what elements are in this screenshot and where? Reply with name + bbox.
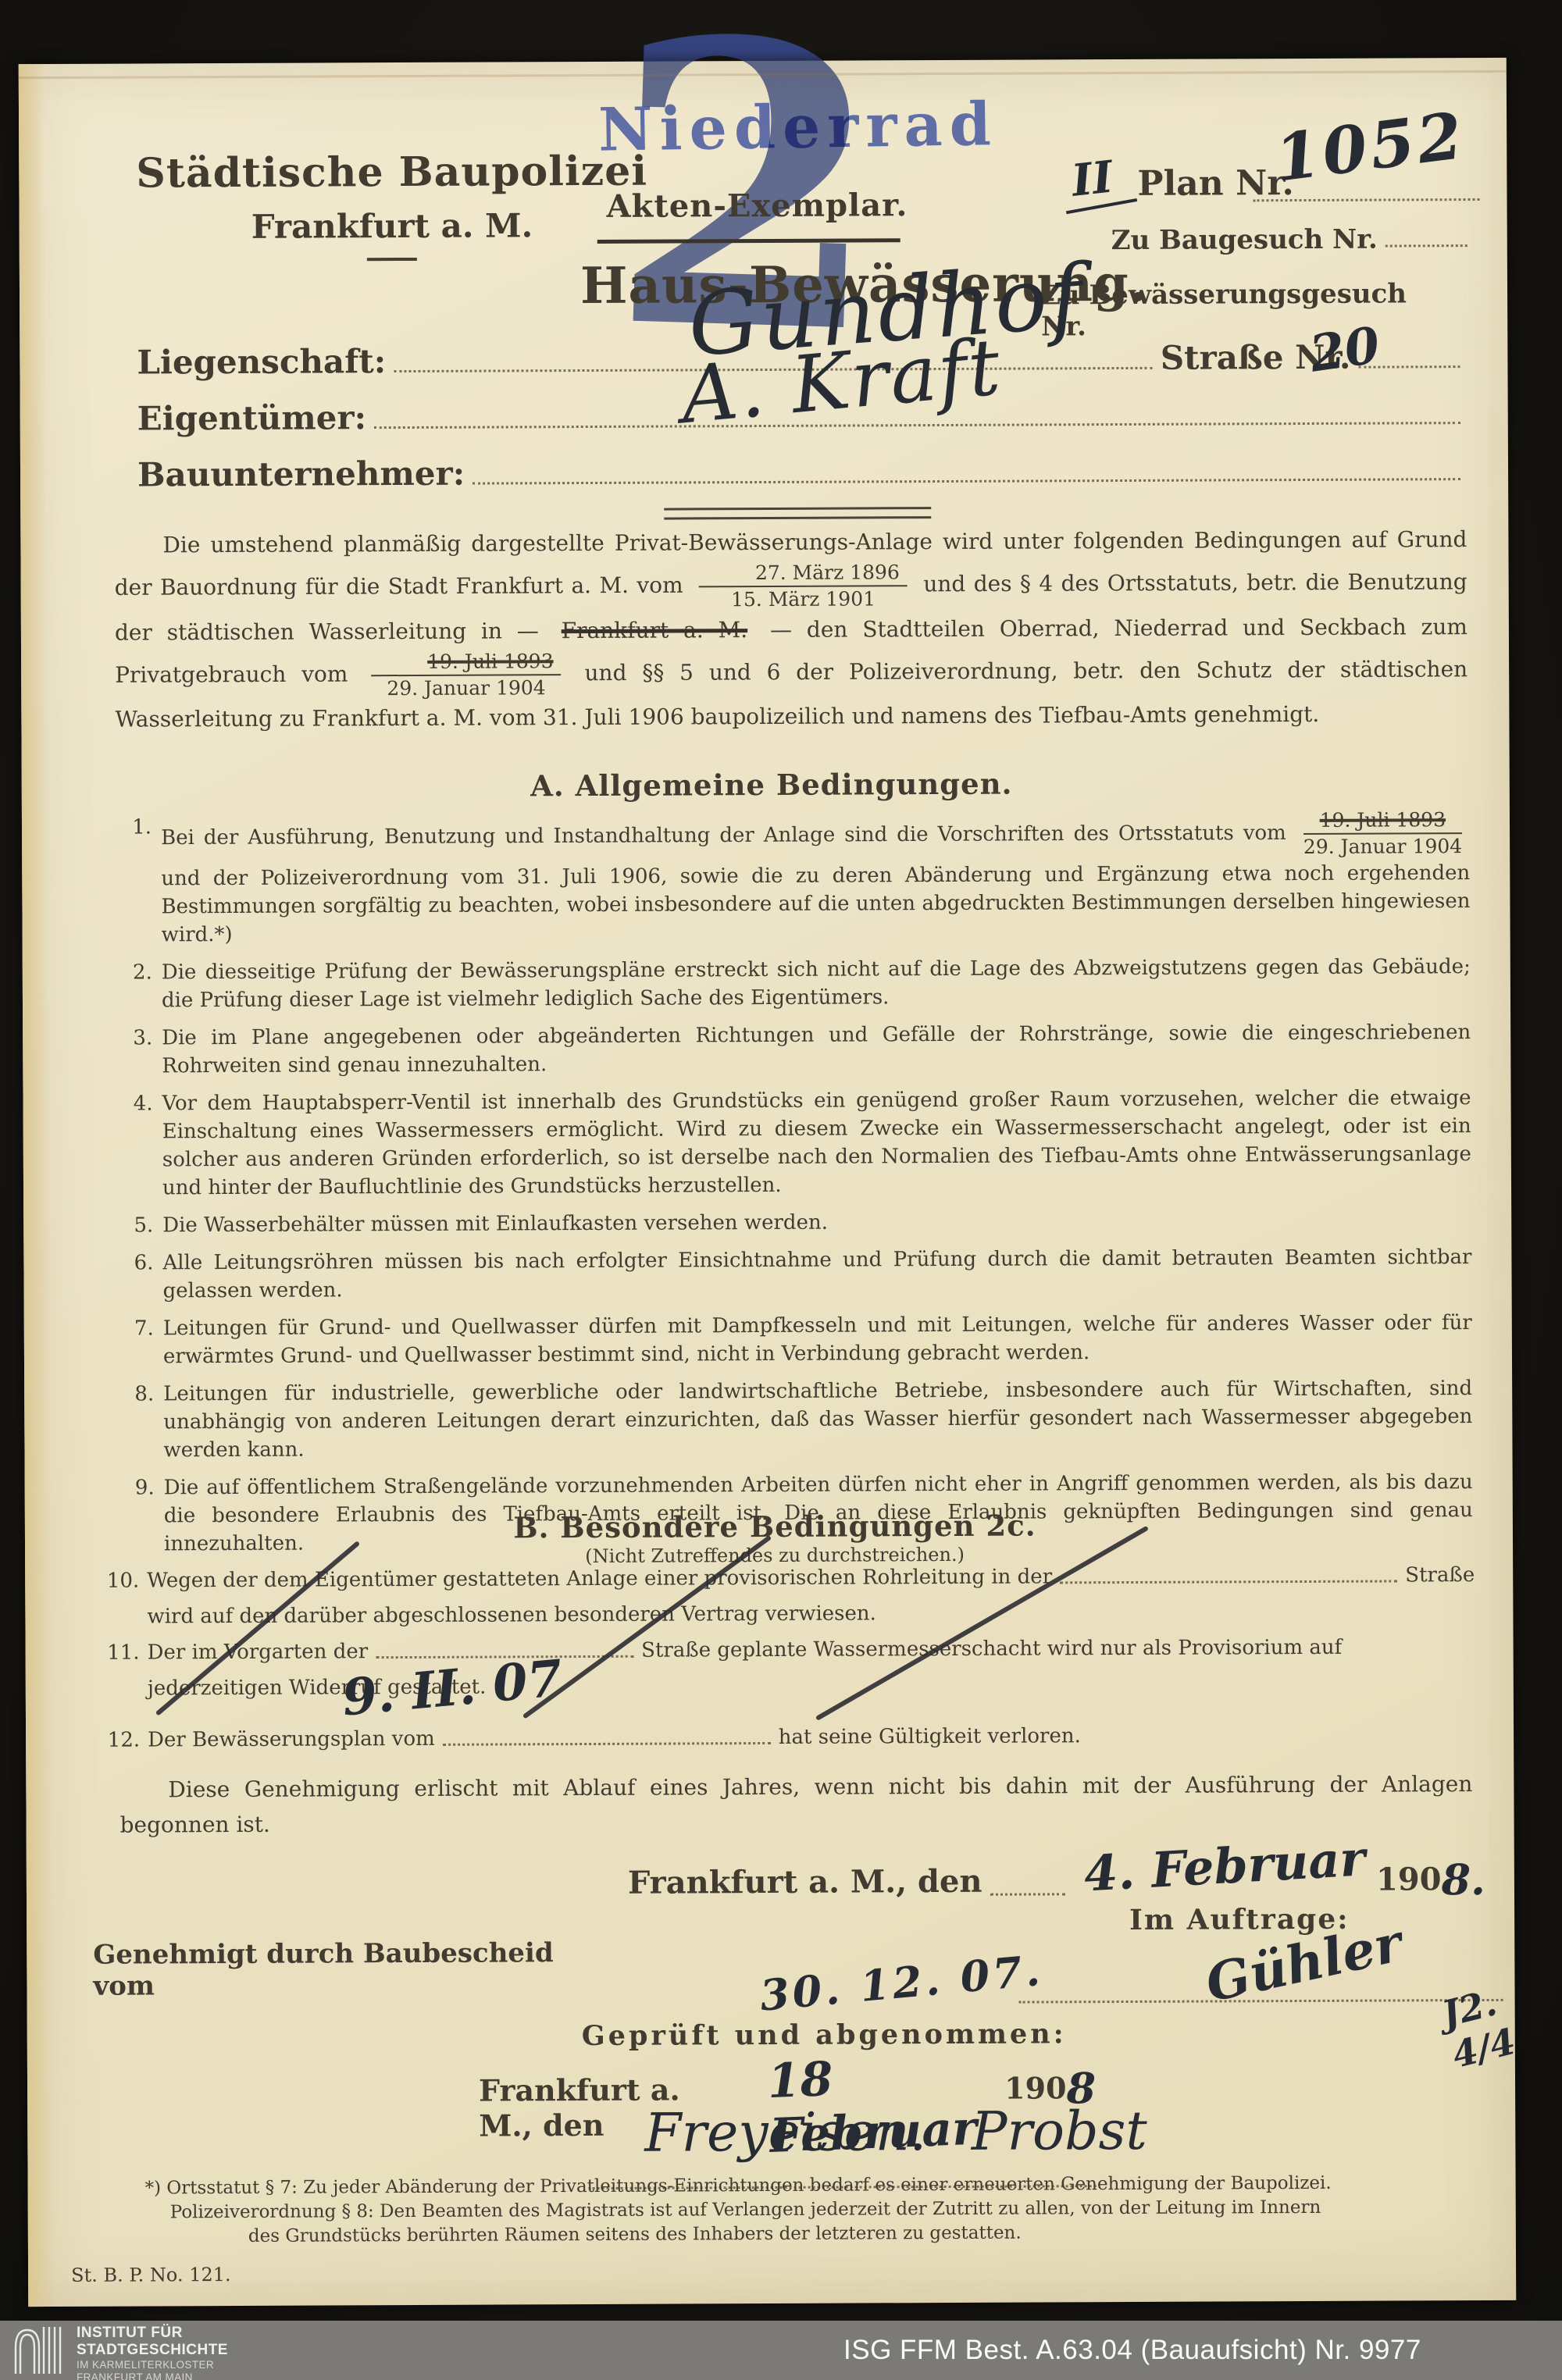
liegenschaft-label: Liegenschaft: bbox=[137, 342, 386, 381]
item-number: 1. bbox=[116, 813, 152, 949]
signature-probst-handwritten: Probst bbox=[972, 2100, 1147, 2163]
section-a-list: 1. Bei der Ausführung, Benutzung und Ins… bbox=[116, 807, 1473, 1567]
list-item: 3.Die im Plane angegebenen oder abgeände… bbox=[116, 1018, 1471, 1081]
list-item: 10. Wegen der dem Eigentümer gestatteten… bbox=[95, 1560, 1475, 1596]
baugesuch-dotted-line bbox=[1385, 241, 1467, 247]
item12-after: hat seine Gültigkeit verloren. bbox=[779, 1721, 1081, 1752]
plan-number-dotted-line bbox=[1254, 198, 1480, 201]
office-name: Städtische Baupolizei bbox=[136, 148, 647, 198]
fraction-bottom: 29. Januar 1904 bbox=[387, 676, 545, 700]
institute-line4: FRANKFURT AM MAIN bbox=[77, 2371, 228, 2380]
inspector-signatures: Freyeisen. Probst bbox=[644, 2100, 1147, 2164]
fraction-bottom: 15. März 1901 bbox=[731, 588, 876, 611]
item11-mid: Straße geplante Wassermesserschacht wird… bbox=[641, 1633, 1342, 1666]
item-number: 10. bbox=[95, 1566, 139, 1596]
bewaesserungsgesuch-row: Zu Bewässerungsgesuch Nr. bbox=[1041, 278, 1475, 342]
archive-reference: ISG FFM Best. A.63.04 (Bauaufsicht) Nr. … bbox=[843, 2335, 1421, 2366]
list-item: 2.Die diesseitige Prüfung der Bewässerun… bbox=[116, 953, 1471, 1015]
plan-date-handwritten: 9. II. 07 bbox=[341, 1664, 564, 1714]
year-digit-handwritten: 8. bbox=[1441, 1854, 1485, 1904]
date-fraction-bauordnung: 27. März 189615. März 1901 bbox=[699, 560, 908, 612]
item-text: Die diesseitige Prüfung der Bewässerungs… bbox=[162, 953, 1471, 1014]
item10-before: Wegen der dem Eigentümer gestatteten Anl… bbox=[147, 1562, 1052, 1595]
plan-roman-prefix-handwritten: II bbox=[1069, 151, 1115, 207]
date-dotted-line bbox=[990, 1890, 1065, 1895]
item-number: 2. bbox=[116, 958, 152, 1014]
item-text: Die Wasserbehälter müssen mit Einlaufkas… bbox=[162, 1206, 1471, 1239]
item-number: 6. bbox=[117, 1249, 153, 1305]
list-item: 12. Der Bewässerungsplan vom hat seine G… bbox=[96, 1719, 1475, 1755]
item10-line2: wird auf den darüber abgeschlossenen bes… bbox=[147, 1596, 1475, 1631]
approval-date-handwritten: 4. Februar bbox=[1082, 1830, 1367, 1902]
fraction-top-struck: 19. Juli 1893 bbox=[371, 649, 562, 676]
item-text: Leitungen für industrielle, gewerbliche … bbox=[163, 1374, 1472, 1464]
list-item: 7.Leitungen für Grund- und Quellwasser d… bbox=[118, 1309, 1472, 1371]
expiry-paragraph: Diese Genehmigung erlischt mit Ablauf ei… bbox=[119, 1766, 1472, 1843]
office-city: Frankfurt a. M. bbox=[137, 206, 648, 247]
baugesuch-row: Zu Baugesuch Nr. bbox=[1111, 223, 1475, 256]
margin-mark-handwritten: J2. 4/4 bbox=[1438, 1978, 1525, 2076]
review-date-handwritten: 30. 12. 07. bbox=[758, 1945, 1045, 2021]
section-b-heading: B. Besondere Bedingungen 2c. bbox=[72, 1506, 1478, 1547]
item12-before: Der Bewässerungsplan vom bbox=[148, 1724, 435, 1755]
strasse-value-handwritten: 20 bbox=[1306, 316, 1383, 384]
item-number: 5. bbox=[117, 1211, 153, 1239]
item-text: Bei der Ausführung, Benutzung und Instan… bbox=[161, 807, 1471, 949]
item10-suffix: Straße bbox=[1405, 1560, 1475, 1590]
eigentuemer-dotted-line bbox=[374, 419, 1460, 429]
institute-line3: IM KARMELITERKLOSTER bbox=[77, 2359, 228, 2371]
list-item: 8.Leitungen für industrielle, gewerblich… bbox=[118, 1374, 1472, 1465]
document-page: Städtische Baupolizei Frankfurt a. M. Ni… bbox=[19, 58, 1517, 2307]
photo-backdrop: Städtische Baupolizei Frankfurt a. M. Ni… bbox=[0, 0, 1562, 2380]
list-item: 5.Die Wasserbehälter müssen mit Einlaufk… bbox=[117, 1206, 1471, 1240]
item-number: 12. bbox=[96, 1726, 140, 1755]
bauunternehmer-label: Bauunternehmer: bbox=[137, 454, 465, 494]
list-item: 4.Vor dem Hauptabsperr-Ventil ist innerh… bbox=[116, 1084, 1471, 1202]
karmeliterkloster-arch-icon bbox=[12, 2325, 66, 2375]
section-a-heading: A. Allgemeine Bedingungen. bbox=[69, 764, 1475, 805]
institute-name-block: INSTITUT FÜR STADTGESCHICHTE IM KARMELIT… bbox=[77, 2325, 228, 2380]
date-fraction-ortsstatut: 19. Juli 189329. Januar 1904 bbox=[371, 649, 562, 701]
item-number: 4. bbox=[116, 1089, 153, 1202]
place-date-label: Frankfurt a. M., den bbox=[628, 1863, 982, 1901]
date-fraction-item1: 19. Juli 189329. Januar 1904 bbox=[1303, 807, 1463, 859]
item-number: 11. bbox=[96, 1638, 140, 1668]
file-copy-label: Akten-Exemplar. bbox=[606, 187, 908, 225]
baugesuch-label: Zu Baugesuch Nr. bbox=[1111, 224, 1378, 256]
signature-freyeisen-handwritten: Freyeisen. bbox=[644, 2101, 926, 2164]
struck-city: Frankfurt a. M. bbox=[562, 617, 748, 643]
bauunternehmer-dotted-line bbox=[473, 475, 1460, 485]
item-number: 7. bbox=[118, 1314, 154, 1370]
list-item: 1. Bei der Ausführung, Benutzung und Ins… bbox=[116, 807, 1471, 949]
item-text: Die im Plane angegebenen oder abgeändert… bbox=[162, 1018, 1471, 1080]
plan-date-dotted-line bbox=[443, 1739, 771, 1746]
archive-footer-bar: INSTITUT FÜR STADTGESCHICHTE IM KARMELIT… bbox=[0, 2321, 1562, 2380]
eigentuemer-label: Eigentümer: bbox=[137, 398, 367, 437]
institute-line1: INSTITUT FÜR bbox=[77, 2325, 228, 2342]
intro-paragraph: Die umstehend planmäßig dargestellte Pri… bbox=[114, 522, 1467, 738]
fraction-bottom: 29. Januar 1904 bbox=[1303, 835, 1462, 858]
item-text: Leitungen für Grund- und Quellwasser dür… bbox=[163, 1309, 1472, 1370]
item-number: 8. bbox=[118, 1380, 154, 1464]
item-text: Alle Leitungsröhren müssen bis nach erfo… bbox=[162, 1243, 1471, 1305]
bauunternehmer-row: Bauunternehmer: bbox=[137, 450, 1468, 493]
list-item: 6.Alle Leitungsröhren müssen bis nach er… bbox=[117, 1243, 1471, 1306]
plan-number-label: Plan Nr. bbox=[1137, 163, 1294, 204]
footnote-line3: des Grundstücks berührten Räumen seitens… bbox=[145, 2219, 1473, 2249]
approval-date-row: Frankfurt a. M., den 4. Februar 190 8. bbox=[628, 1844, 1485, 1905]
list-item: 11. Der im Vorgarten der Straße geplante… bbox=[96, 1632, 1475, 1668]
fraction-top: 27. März 1896 bbox=[699, 560, 908, 587]
baubescheid-label: Genehmigt durch Baubescheid vom bbox=[93, 1937, 593, 2002]
form-number: St. B. P. No. 121. bbox=[71, 2264, 231, 2286]
institute-line2: STADTGESCHICHTE bbox=[77, 2342, 228, 2359]
baubescheid-row: Genehmigt durch Baubescheid vom bbox=[93, 1937, 608, 2002]
item11-before: Der im Vorgarten der bbox=[148, 1637, 369, 1667]
item1-before: Bei der Ausführung, Benutzung und Instan… bbox=[161, 821, 1286, 850]
item1-after: und der Polizeiverordnung vom 31. Juli 1… bbox=[161, 861, 1470, 946]
section-b-list: 10. Wegen der dem Eigentümer gestatteten… bbox=[95, 1560, 1475, 1762]
plan-number-handwritten: 1052 bbox=[1271, 98, 1469, 197]
geprueft-label: Geprüft und abgenommen: bbox=[582, 2018, 1067, 2052]
office-dash-rule bbox=[367, 258, 417, 261]
item-number: 3. bbox=[116, 1024, 152, 1080]
issuing-office-block: Städtische Baupolizei Frankfurt a. M. bbox=[136, 148, 647, 262]
footnote-block: *) Ortsstatut § 7: Zu jeder Abänderung d… bbox=[145, 2171, 1473, 2249]
year-printed: 190 bbox=[1376, 1861, 1442, 1897]
street-blank-dotted-line bbox=[1060, 1577, 1397, 1584]
fraction-top-struck: 19. Juli 1893 bbox=[1303, 807, 1462, 835]
double-rule-divider bbox=[664, 507, 931, 519]
item-text: Vor dem Hauptabsperr-Ventil ist innerhal… bbox=[162, 1084, 1471, 1202]
bewaesserungsgesuch-label: Zu Bewässerungsgesuch Nr. bbox=[1041, 278, 1460, 342]
